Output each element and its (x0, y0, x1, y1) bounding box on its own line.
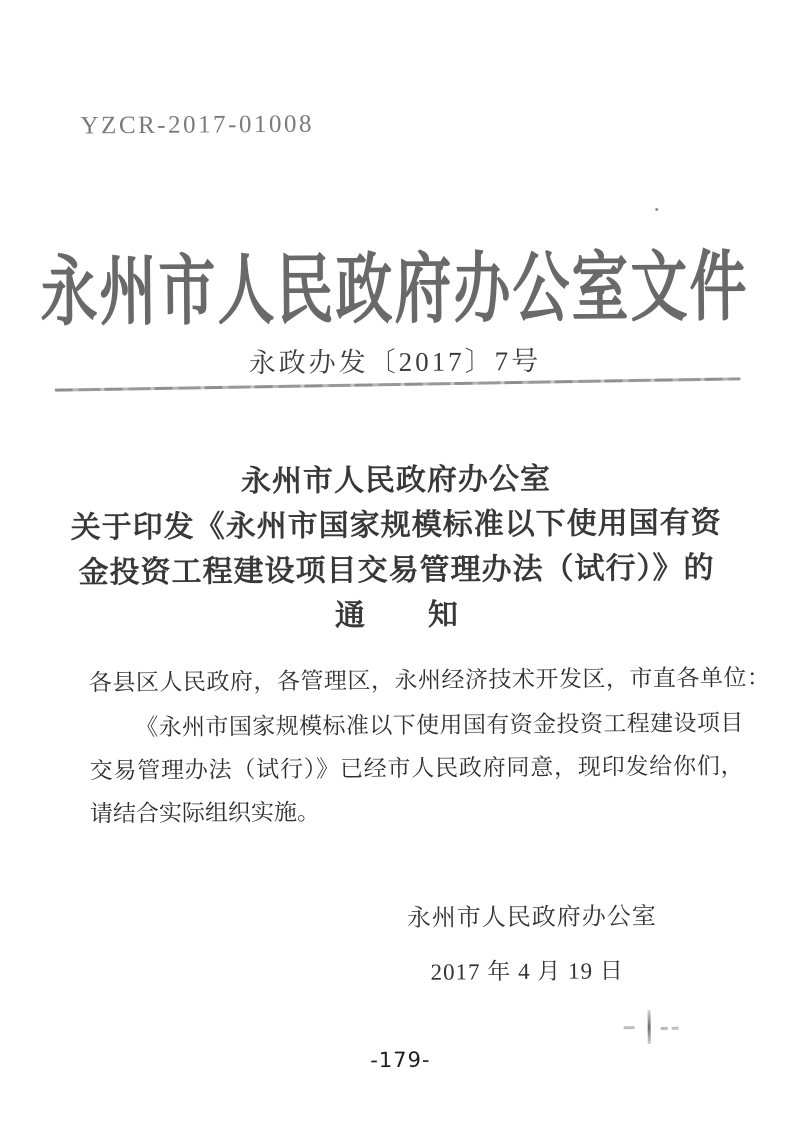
signature-block: 永州市人民政府办公室 2017 年 4 月 19 日 (407, 896, 648, 987)
scan-tilt-wrapper: YZCR-2017-01008 永州市人民政府办公室文件 永政办发〔2017〕7… (0, 0, 793, 1122)
scan-artifact-dot (655, 208, 658, 211)
scan-artifact-smudge (624, 1026, 635, 1029)
notice-title-line-3: 金投资工程建设项目交易管理办法（试行）》的 (0, 545, 793, 596)
page-number: -179- (4, 1045, 793, 1075)
notice-title-line-4: 通 知 (0, 590, 793, 641)
notice-title-line-1: 永州市人民政府办公室 (0, 455, 793, 506)
issue-date: 2017 年 4 月 19 日 (407, 952, 647, 987)
notice-title: 永州市人民政府办公室 关于印发《永州市国家规模标准以下使用国有资 金投资工程建设… (0, 455, 793, 641)
scan-artifact-smudge (672, 1027, 679, 1030)
scan-artifact-smudge (661, 1027, 668, 1030)
scanned-document-page: YZCR-2017-01008 永州市人民政府办公室文件 永政办发〔2017〕7… (0, 0, 793, 1122)
recipients-line: 各县区人民政府，各管理区，永州经济技术开发区，市直各单位： (89, 663, 745, 698)
notice-title-line-2: 关于印发《永州市国家规模标准以下使用国有资 (0, 500, 793, 551)
body-paragraph: 《永州市国家规模标准以下使用国有资金投资工程建设项目交易管理办法（试行）》已经市… (89, 701, 744, 835)
issue-number: 永政办发〔2017〕7号 (0, 337, 792, 382)
doc-reference-code: YZCR-2017-01008 (80, 111, 314, 141)
masthead-title: 永州市人民政府办公室文件 (0, 225, 791, 342)
issuing-office: 永州市人民政府办公室 (407, 896, 647, 933)
scan-artifact-smudge (648, 1010, 651, 1044)
